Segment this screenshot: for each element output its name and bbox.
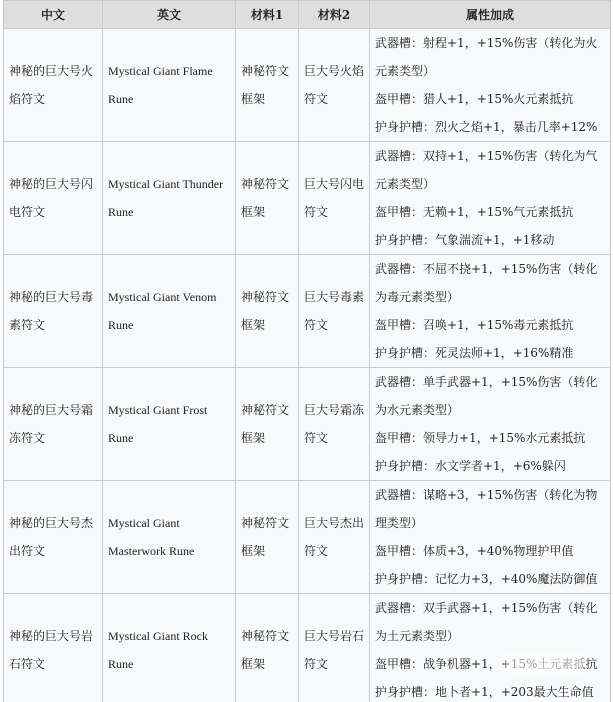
- weapon-slot-bonus: 武器槽：双持+1，+15%伤害（转化为气元素类型）: [375, 142, 605, 198]
- table-row: 神秘的巨大号火焰符文 Mystical Giant Flame Rune 神秘符…: [4, 29, 611, 142]
- armor-slot-bonus: 盔甲槽：领导力+1，+15%水元素抵抗: [375, 424, 605, 452]
- weapon-slot-bonus: 武器槽：射程+1，+15%伤害（转化为火元素类型）: [375, 29, 605, 85]
- header-cn: 中文: [4, 1, 103, 29]
- table-row: 神秘的巨大号岩石符文 Mystical Giant Rock Rune 神秘符文…: [4, 594, 611, 702]
- cell-material1: 神秘符文框架: [236, 255, 299, 368]
- cell-attribute-bonus: 武器槽：单手武器+1，+15%伤害（转化为水元素类型） 盔甲槽：领导力+1，+1…: [370, 368, 611, 481]
- cell-cn: 神秘的巨大号杰出符文: [4, 481, 103, 594]
- armor-slot-bonus: 盔甲槽：猎人+1，+15%火元素抵抗: [375, 85, 605, 113]
- cell-material2: 巨大号毒素符文: [299, 255, 370, 368]
- amulet-slot-bonus: 护身护槽：记忆力+3，+40%魔法防御值: [375, 565, 605, 593]
- cell-cn: 神秘的巨大号火焰符文: [4, 29, 103, 142]
- amulet-slot-bonus: 护身护槽：水文学者+1，+6%躲闪: [375, 452, 605, 480]
- header-en: 英文: [103, 1, 236, 29]
- amulet-slot-bonus: 护身护槽：气象湍流+1，+1移动: [375, 226, 605, 254]
- cell-en: Mystical Giant Thunder Rune: [103, 142, 236, 255]
- cell-material2: 巨大号闪电符文: [299, 142, 370, 255]
- cell-material1: 神秘符文框架: [236, 368, 299, 481]
- cell-material2: 巨大号霜冻符文: [299, 368, 370, 481]
- cell-material1: 神秘符文框架: [236, 142, 299, 255]
- armor-slot-bonus: 盔甲槽：无赖+1，+15%气元素抵抗: [375, 198, 605, 226]
- cell-attribute-bonus: 武器槽：不屈不挠+1，+15%伤害（转化为毒元素类型） 盔甲槽：召唤+1，+15…: [370, 255, 611, 368]
- table-row: 神秘的巨大号毒素符文 Mystical Giant Venom Rune 神秘符…: [4, 255, 611, 368]
- cell-attribute-bonus: 武器槽：谋略+3，+15%伤害（转化为物理类型） 盔甲槽：体质+3，+40%物理…: [370, 481, 611, 594]
- armor-slot-bonus: 盔甲槽：体质+3，+40%物理护甲值: [375, 537, 605, 565]
- cell-cn: 神秘的巨大号岩石符文: [4, 594, 103, 702]
- amulet-slot-bonus: 护身护槽：烈火之焰+1，暴击几率+12%: [375, 113, 605, 141]
- cell-material2: 巨大号岩石符文: [299, 594, 370, 702]
- weapon-slot-bonus: 武器槽：谋略+3，+15%伤害（转化为物理类型）: [375, 481, 605, 537]
- weapon-slot-bonus: 武器槽：双手武器+1，+15%伤害（转化为土元素类型）: [375, 594, 605, 650]
- cell-attribute-bonus: 武器槽：双持+1，+15%伤害（转化为气元素类型） 盔甲槽：无赖+1，+15%气…: [370, 142, 611, 255]
- cell-cn: 神秘的巨大号霜冻符文: [4, 368, 103, 481]
- cell-cn: 神秘的巨大号闪电符文: [4, 142, 103, 255]
- header-attribute-bonus: 属性加成: [370, 1, 611, 29]
- cell-cn: 神秘的巨大号毒素符文: [4, 255, 103, 368]
- table-row: 神秘的巨大号杰出符文 Mystical Giant Masterwork Run…: [4, 481, 611, 594]
- table-row: 神秘的巨大号霜冻符文 Mystical Giant Frost Rune 神秘符…: [4, 368, 611, 481]
- amulet-slot-bonus: 护身护槽：地卜者+1，+203最大生命值: [375, 678, 605, 702]
- armor-slot-bonus: 盔甲槽：召唤+1，+15%毒元素抵抗: [375, 311, 605, 339]
- weapon-slot-bonus: 武器槽：单手武器+1，+15%伤害（转化为水元素类型）: [375, 368, 605, 424]
- header-row: 中文 英文 材料1 材料2 属性加成: [4, 1, 611, 29]
- table-row: 神秘的巨大号闪电符文 Mystical Giant Thunder Rune 神…: [4, 142, 611, 255]
- cell-en: Mystical Giant Masterwork Rune: [103, 481, 236, 594]
- cell-attribute-bonus: 武器槽：双手武器+1，+15%伤害（转化为土元素类型） 盔甲槽：战争机器+1，+…: [370, 594, 611, 702]
- cell-en: Mystical Giant Frost Rune: [103, 368, 236, 481]
- cell-attribute-bonus: 武器槽：射程+1，+15%伤害（转化为火元素类型） 盔甲槽：猎人+1，+15%火…: [370, 29, 611, 142]
- header-material2: 材料2: [299, 1, 370, 29]
- armor-slot-bonus: 盔甲槽：战争机器+1，+15%土元素抵抗: [375, 650, 605, 678]
- cell-material2: 巨大号杰出符文: [299, 481, 370, 594]
- amulet-slot-bonus: 护身护槽：死灵法师+1，+16%精准: [375, 339, 605, 367]
- cell-material1: 神秘符文框架: [236, 594, 299, 702]
- header-material1: 材料1: [236, 1, 299, 29]
- weapon-slot-bonus: 武器槽：不屈不挠+1，+15%伤害（转化为毒元素类型）: [375, 255, 605, 311]
- cell-en: Mystical Giant Venom Rune: [103, 255, 236, 368]
- rune-table: 中文 英文 材料1 材料2 属性加成 神秘的巨大号火焰符文 Mystical G…: [3, 0, 611, 702]
- cell-en: Mystical Giant Rock Rune: [103, 594, 236, 702]
- cell-en: Mystical Giant Flame Rune: [103, 29, 236, 142]
- cell-material2: 巨大号火焰符文: [299, 29, 370, 142]
- cell-material1: 神秘符文框架: [236, 481, 299, 594]
- cell-material1: 神秘符文框架: [236, 29, 299, 142]
